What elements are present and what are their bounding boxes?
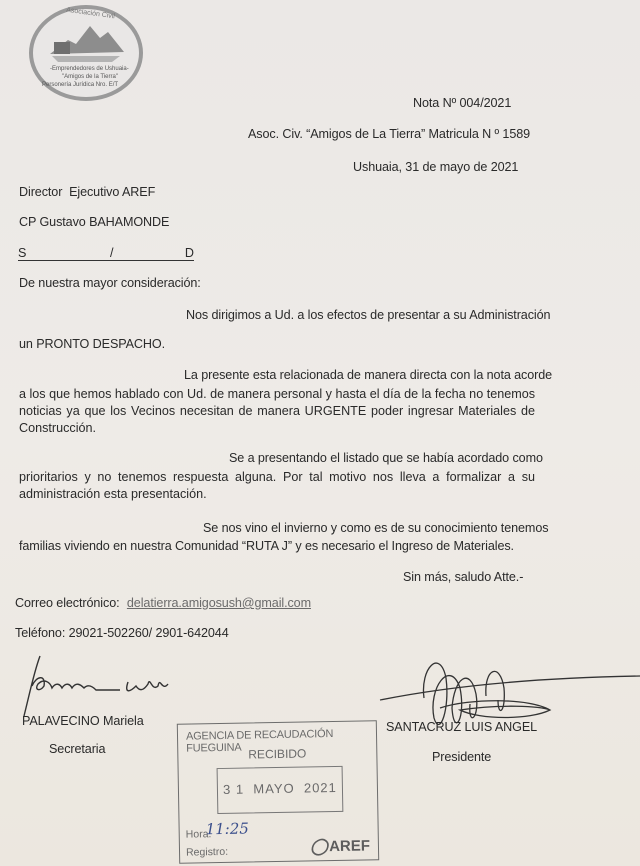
paragraph-1-line-2: un PRONTO DESPACHO. [19, 337, 165, 351]
recipient-name: CP Gustavo BAHAMONDE [19, 215, 169, 229]
signer-1-name: PALAVECINO Mariela [22, 714, 144, 728]
signer-2-role: Presidente [432, 750, 491, 764]
paragraph-3-body: prioritarios y no tenemos respuesta algu… [19, 469, 535, 503]
phone-number: 29021-502260/ 2901-642044 [69, 626, 229, 640]
stamp-status: RECIBIDO [178, 745, 376, 762]
stamp-brand-text: AREF [329, 837, 370, 855]
note-number: Nota Nº 004/2021 [413, 96, 511, 110]
logo-line-2: "Amigos de la Tierra" [62, 74, 118, 80]
stamp-brand: ◯AREF [310, 835, 370, 856]
stamp-date-box: 3 1 MAYO 2021 [217, 766, 344, 814]
closing: Sin más, saludo Atte.- [403, 570, 523, 584]
aref-logo-icon: ◯ [310, 838, 328, 855]
paragraph-1-line-1: Nos dirigimos a Ud. a los efectos de pre… [186, 308, 550, 322]
sd-line: S / D [18, 244, 194, 261]
email-label: Correo electrónico: [15, 596, 120, 610]
email-row: Correo electrónico: delatierra.amigosush… [15, 596, 311, 610]
greeting: De nuestra mayor consideración: [19, 276, 201, 290]
stamp-registro-label: Registro: [186, 846, 228, 859]
stamp-date: 3 1 MAYO 2021 [218, 780, 342, 797]
recipient-title: Director Ejecutivo AREF [19, 185, 155, 199]
paragraph-2-body: a los que hemos hablado con Ud. de maner… [19, 386, 535, 437]
paragraph-3-line-1: Se a presentando el listado que se había… [229, 451, 543, 465]
signer-1-role: Secretaria [49, 742, 105, 756]
signer-2-name: SANTACRUZ LUIS ANGEL [386, 720, 537, 734]
paragraph-2-line-1: La presente esta relacionada de manera d… [184, 368, 552, 382]
sd-d: D [185, 246, 194, 260]
place-date: Ushuaia, 31 de mayo de 2021 [353, 160, 518, 174]
reception-stamp: AGENCIA DE RECAUDACIÓN FUEGUINA RECIBIDO… [177, 720, 379, 863]
email-link[interactable]: delatierra.amigosush@gmail.com [127, 596, 311, 610]
sd-s: S [18, 246, 26, 260]
stamp-hora-value: 11:25 [205, 820, 249, 839]
association-logo: Asociación Civil -Emprendedores de Ushua… [28, 4, 144, 102]
paragraph-4-line-1: Se nos vino el invierno y como es de su … [203, 521, 548, 535]
paragraph-4-body: familias viviendo en nuestra Comunidad “… [19, 539, 514, 553]
signature-secretaria-icon [10, 652, 180, 722]
phone-label: Teléfono: [15, 626, 65, 640]
signature-presidente-icon [380, 648, 640, 758]
logo-line-1: -Emprendedores de Ushuaia- [50, 66, 129, 72]
association-registration: Asoc. Civ. “Amigos de La Tierra” Matricu… [248, 127, 530, 141]
sd-slash: / [110, 246, 114, 260]
phone-row: Teléfono: 29021-502260/ 2901-642044 [15, 626, 229, 640]
logo-line-3: Personería Jurídica Nro. E/T [42, 82, 118, 88]
